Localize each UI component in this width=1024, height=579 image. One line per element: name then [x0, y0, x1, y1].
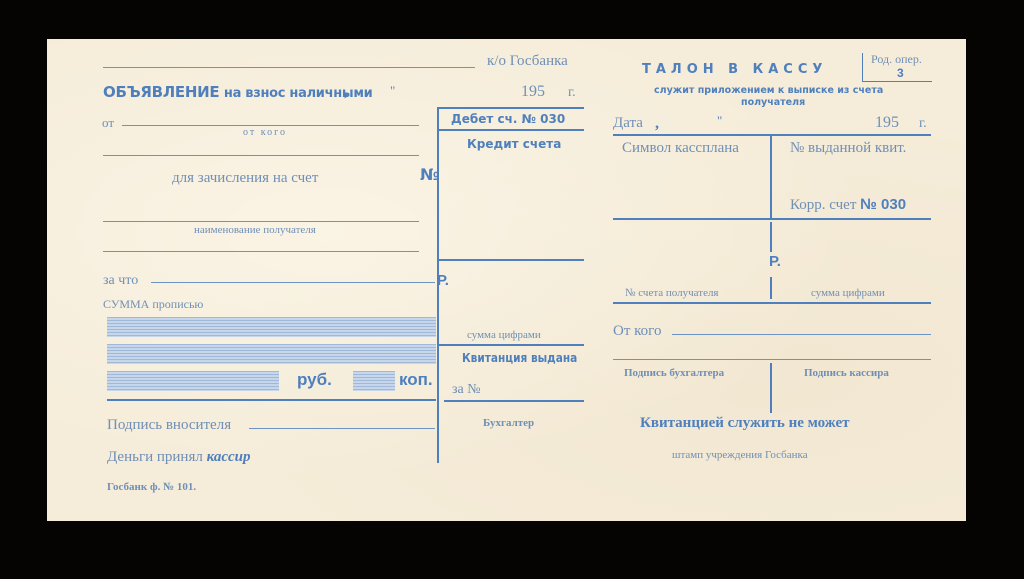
debit-account: Дебет сч. № 030 [451, 112, 565, 126]
accountant-label: Бухгалтер [483, 417, 534, 429]
form-number: Госбанк ф. № 101. [107, 481, 196, 493]
rub-amount-field[interactable] [107, 371, 279, 391]
form-title-rest: на взнос наличными [224, 86, 373, 101]
sum-bottom-rule [107, 399, 436, 401]
stub-year-suffix: г. [919, 116, 927, 132]
sum-rest: прописью [152, 297, 203, 311]
receipt-number-label: за № [452, 382, 481, 398]
signature-divider [770, 363, 772, 413]
stub-year-label: 195 [875, 114, 899, 132]
gosbank-branch-line[interactable] [103, 67, 475, 68]
sum-in-words-label: СУММА прописью [103, 297, 203, 312]
stub-title: ТАЛОН В КАССУ [642, 62, 827, 77]
stub-from-whom-line[interactable] [672, 334, 931, 335]
credit-account: Кредит счета [467, 137, 561, 151]
rub-label: руб. [297, 370, 332, 390]
stub-date-label: Дата [613, 115, 643, 132]
recipient-account-number: № счета получателя [625, 287, 719, 299]
sum-in-figures-caption: сумма цифрами [467, 329, 541, 341]
gosbank-branch-label: к/о Госбанка [487, 53, 568, 70]
stub-rub-sign: Р. [769, 253, 781, 270]
from-line-2[interactable] [103, 155, 419, 156]
op-kind-value: 3 [897, 66, 904, 80]
sum-caps: СУММА [103, 297, 149, 311]
op-kind-box-bottom [862, 81, 932, 82]
stub-from-whom-line-2[interactable] [613, 359, 931, 360]
credit-bottom-rule [439, 259, 584, 261]
corr-account-number: № 030 [860, 196, 906, 213]
depositor-signature-line[interactable] [249, 428, 435, 429]
stub-from-whom-label: От кого [613, 323, 661, 340]
money-received-label: Деньги принял кассир [107, 449, 250, 466]
from-caption: от кого [243, 127, 287, 138]
year-suffix: г. [568, 85, 576, 101]
recipient-line[interactable] [103, 221, 419, 222]
date-quote-open: , [344, 83, 348, 101]
kop-amount-field[interactable] [353, 371, 395, 391]
from-line[interactable] [122, 125, 419, 126]
issued-receipt-number: № выданной квит. [790, 140, 906, 157]
stub-column-divider-mid-top [770, 222, 772, 252]
from-label: от [102, 115, 114, 131]
stub-subtitle-2: получателя [741, 97, 805, 108]
kop-label: коп. [399, 370, 433, 390]
stub-sum-rule [613, 302, 931, 304]
stub-subtitle-1: служит приложением к выписке из счета [654, 85, 883, 96]
recipient-caption: наименование получателя [194, 224, 316, 236]
cashier-label: кассир [207, 449, 251, 465]
middle-column-divider [437, 107, 439, 463]
op-kind-label: Род. опер. [871, 52, 922, 67]
recipient-line-2[interactable] [103, 251, 419, 252]
receipt-number-rule [444, 400, 584, 402]
for-crediting-label: для зачисления на счет [172, 170, 318, 187]
stub-date-quote-close: " [717, 113, 722, 129]
middle-top-rule [439, 107, 584, 109]
form-title-main: ОБЪЯВЛЕНИЕ [103, 83, 219, 101]
stub-date-rule [613, 134, 931, 136]
sum-in-words-field-2[interactable] [107, 344, 436, 364]
corr-account-label: Корр. счет [790, 197, 856, 213]
cash-plan-symbol: Символ кассплана [622, 140, 739, 157]
op-kind-box-left [862, 53, 863, 81]
form-title: ОБЪЯВЛЕНИЕ на взнос наличными [103, 83, 373, 101]
not-a-receipt-notice: Квитанцией служить не может [640, 415, 850, 432]
year-label: 195 [521, 83, 545, 101]
debit-rule [439, 129, 584, 131]
cashier-signature-label: Подпись кассира [804, 367, 889, 379]
stub-date-quote-open: , [655, 115, 659, 133]
sum-in-words-field-1[interactable] [107, 317, 436, 337]
accountant-signature-label: Подпись бухгалтера [624, 367, 724, 379]
sum-figures-rule [439, 344, 584, 346]
money-received-text: Деньги принял [107, 449, 203, 465]
stub-column-divider-mid-bottom [770, 277, 772, 299]
stamp-caption: штамп учреждения Госбанка [672, 449, 808, 461]
stub-sum-in-figures: сумма цифрами [811, 287, 885, 299]
date-quote-close: " [390, 83, 395, 99]
receipt-issued: Квитанция выдана [462, 351, 577, 365]
stub-column-divider-top [770, 136, 772, 220]
bank-deposit-form: к/о Госбанка ОБЪЯВЛЕНИЕ на взнос наличны… [47, 39, 966, 521]
for-what-line[interactable] [151, 282, 435, 283]
stub-mid-rule [613, 218, 931, 220]
corr-account: Корр. счет № 030 [790, 196, 906, 214]
for-what-label: за что [103, 273, 138, 289]
depositor-signature-label: Подпись вносителя [107, 417, 231, 434]
